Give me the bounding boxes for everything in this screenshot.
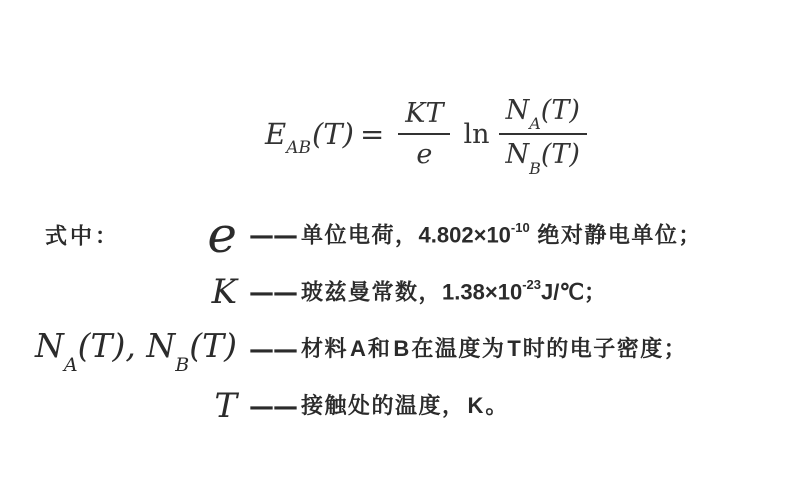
legend-intro-label: 式中： xyxy=(45,220,120,251)
definition-text: 接触处的温度，K。 xyxy=(301,395,509,417)
fraction-kt-over-e: KT e xyxy=(398,98,450,170)
em-dash-line: —— xyxy=(249,394,297,419)
symbol-k: K xyxy=(0,275,237,309)
legend-row-t: T —— 接触处的温度，K。 xyxy=(0,377,800,435)
formula-figure-page: EAB(T) = KT e ln NA(T) NB(T) 式中： e —— 单位… xyxy=(0,0,800,500)
equation: EAB(T) = KT e ln NA(T) NB(T) xyxy=(28,95,800,174)
equation-lhs: EAB(T) xyxy=(265,117,354,152)
legend-row-k: K —— 玻兹曼常数，1.38×10-23J/℃； xyxy=(0,263,800,321)
definition-text: 玻兹曼常数，1.38×10-23J/℃； xyxy=(301,280,608,303)
equals-sign: = xyxy=(360,117,384,151)
em-dash-line: —— xyxy=(249,223,297,248)
em-dash-line: —— xyxy=(249,337,297,362)
lhs-subscript: AB xyxy=(286,138,311,158)
symbol-na-nb: NA(T), NB(T) xyxy=(0,329,237,369)
em-dash-line: —— xyxy=(249,280,297,305)
ln-operator: ln xyxy=(463,119,489,150)
symbol-t: T xyxy=(0,389,237,423)
fraction-denominator: e xyxy=(409,135,439,170)
exponent: -10 xyxy=(511,220,530,235)
definition-text: 单位电荷，4.802×10-10 绝对静电单位； xyxy=(301,223,702,246)
lhs-argument: (T) xyxy=(312,117,354,151)
legend-row-e: 式中： e —— 单位电荷，4.802×10-10 绝对静电单位； xyxy=(0,206,800,264)
fraction-denominator: NB(T) xyxy=(499,135,587,173)
fraction-na-over-nb: NA(T) NB(T) xyxy=(499,95,587,174)
legend-row-n: NA(T), NB(T) —— 材料A和B在温度为T时的电子密度； xyxy=(0,320,800,378)
definition-text: 材料A和B在温度为T时的电子密度； xyxy=(301,338,687,360)
fraction-numerator: NA(T) xyxy=(499,95,587,135)
exponent: -23 xyxy=(522,277,541,292)
fraction-numerator: KT xyxy=(398,98,450,135)
lhs-symbol: E xyxy=(265,117,286,151)
